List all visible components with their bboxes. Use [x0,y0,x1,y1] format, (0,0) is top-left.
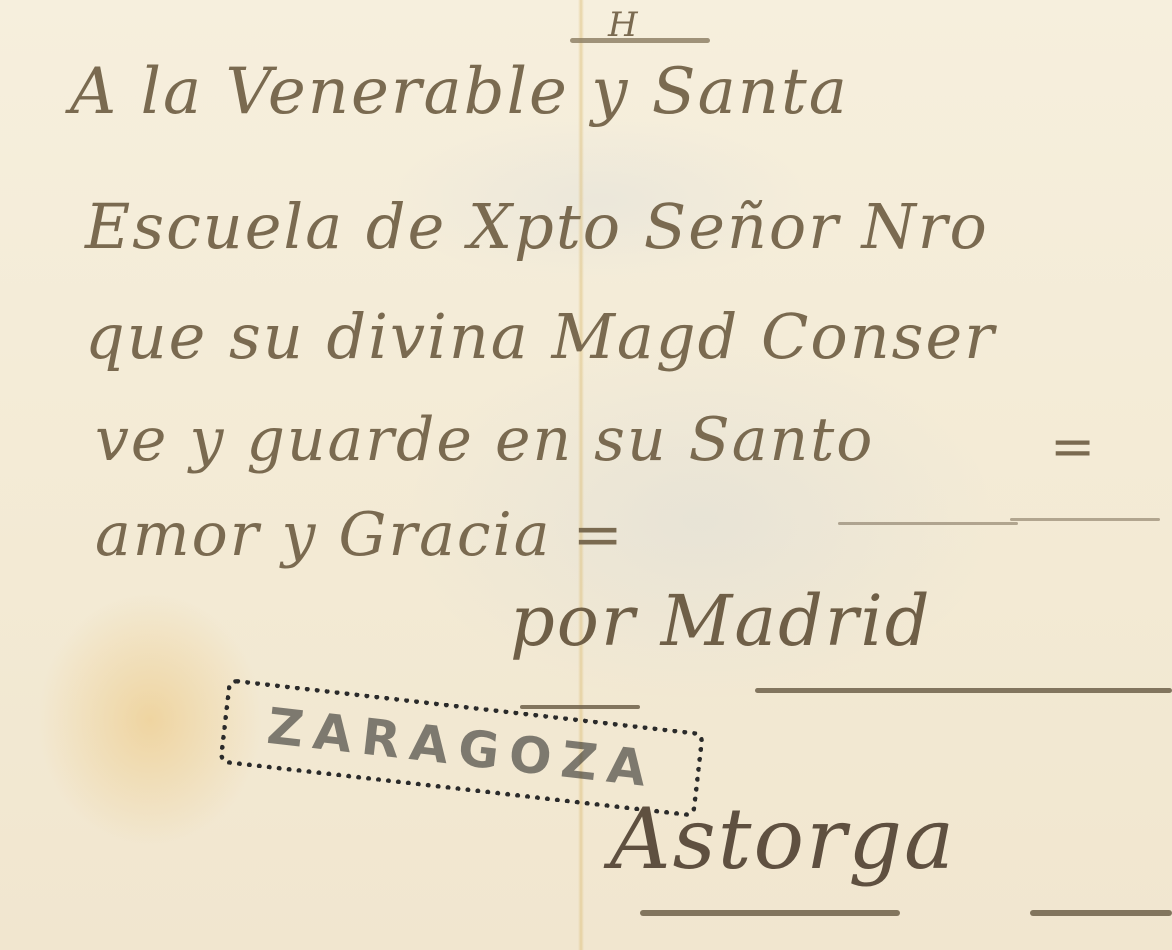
line-end-mark: = [1050,415,1095,478]
paper-fold-line [578,0,584,950]
route-underline [755,688,1172,693]
address-line-3: que su divina Magd Conser [85,300,996,373]
destination-underline-left [640,910,900,916]
route-flourish [520,705,640,709]
postmark-text: ZARAGOZA [264,697,659,799]
underline-flourish [838,522,1018,525]
address-line-5: amor y Gracia = [95,500,625,570]
address-line-4: ve y guarde en su Santo [95,405,874,475]
route-text: por Madrid [510,580,932,662]
top-mark-letter: H [608,5,638,45]
underline-flourish-2 [1010,518,1160,521]
address-line-2: Escuela de Xpto Señor Nro [85,190,989,263]
destination-text: Astorga [610,790,956,888]
letter-cover: H A la Venerable y Santa Escuela de Xpto… [0,0,1172,950]
address-line-1: A la Venerable y Santa [70,55,849,129]
destination-underline-right [1030,910,1172,916]
top-cross-mark [570,38,710,43]
